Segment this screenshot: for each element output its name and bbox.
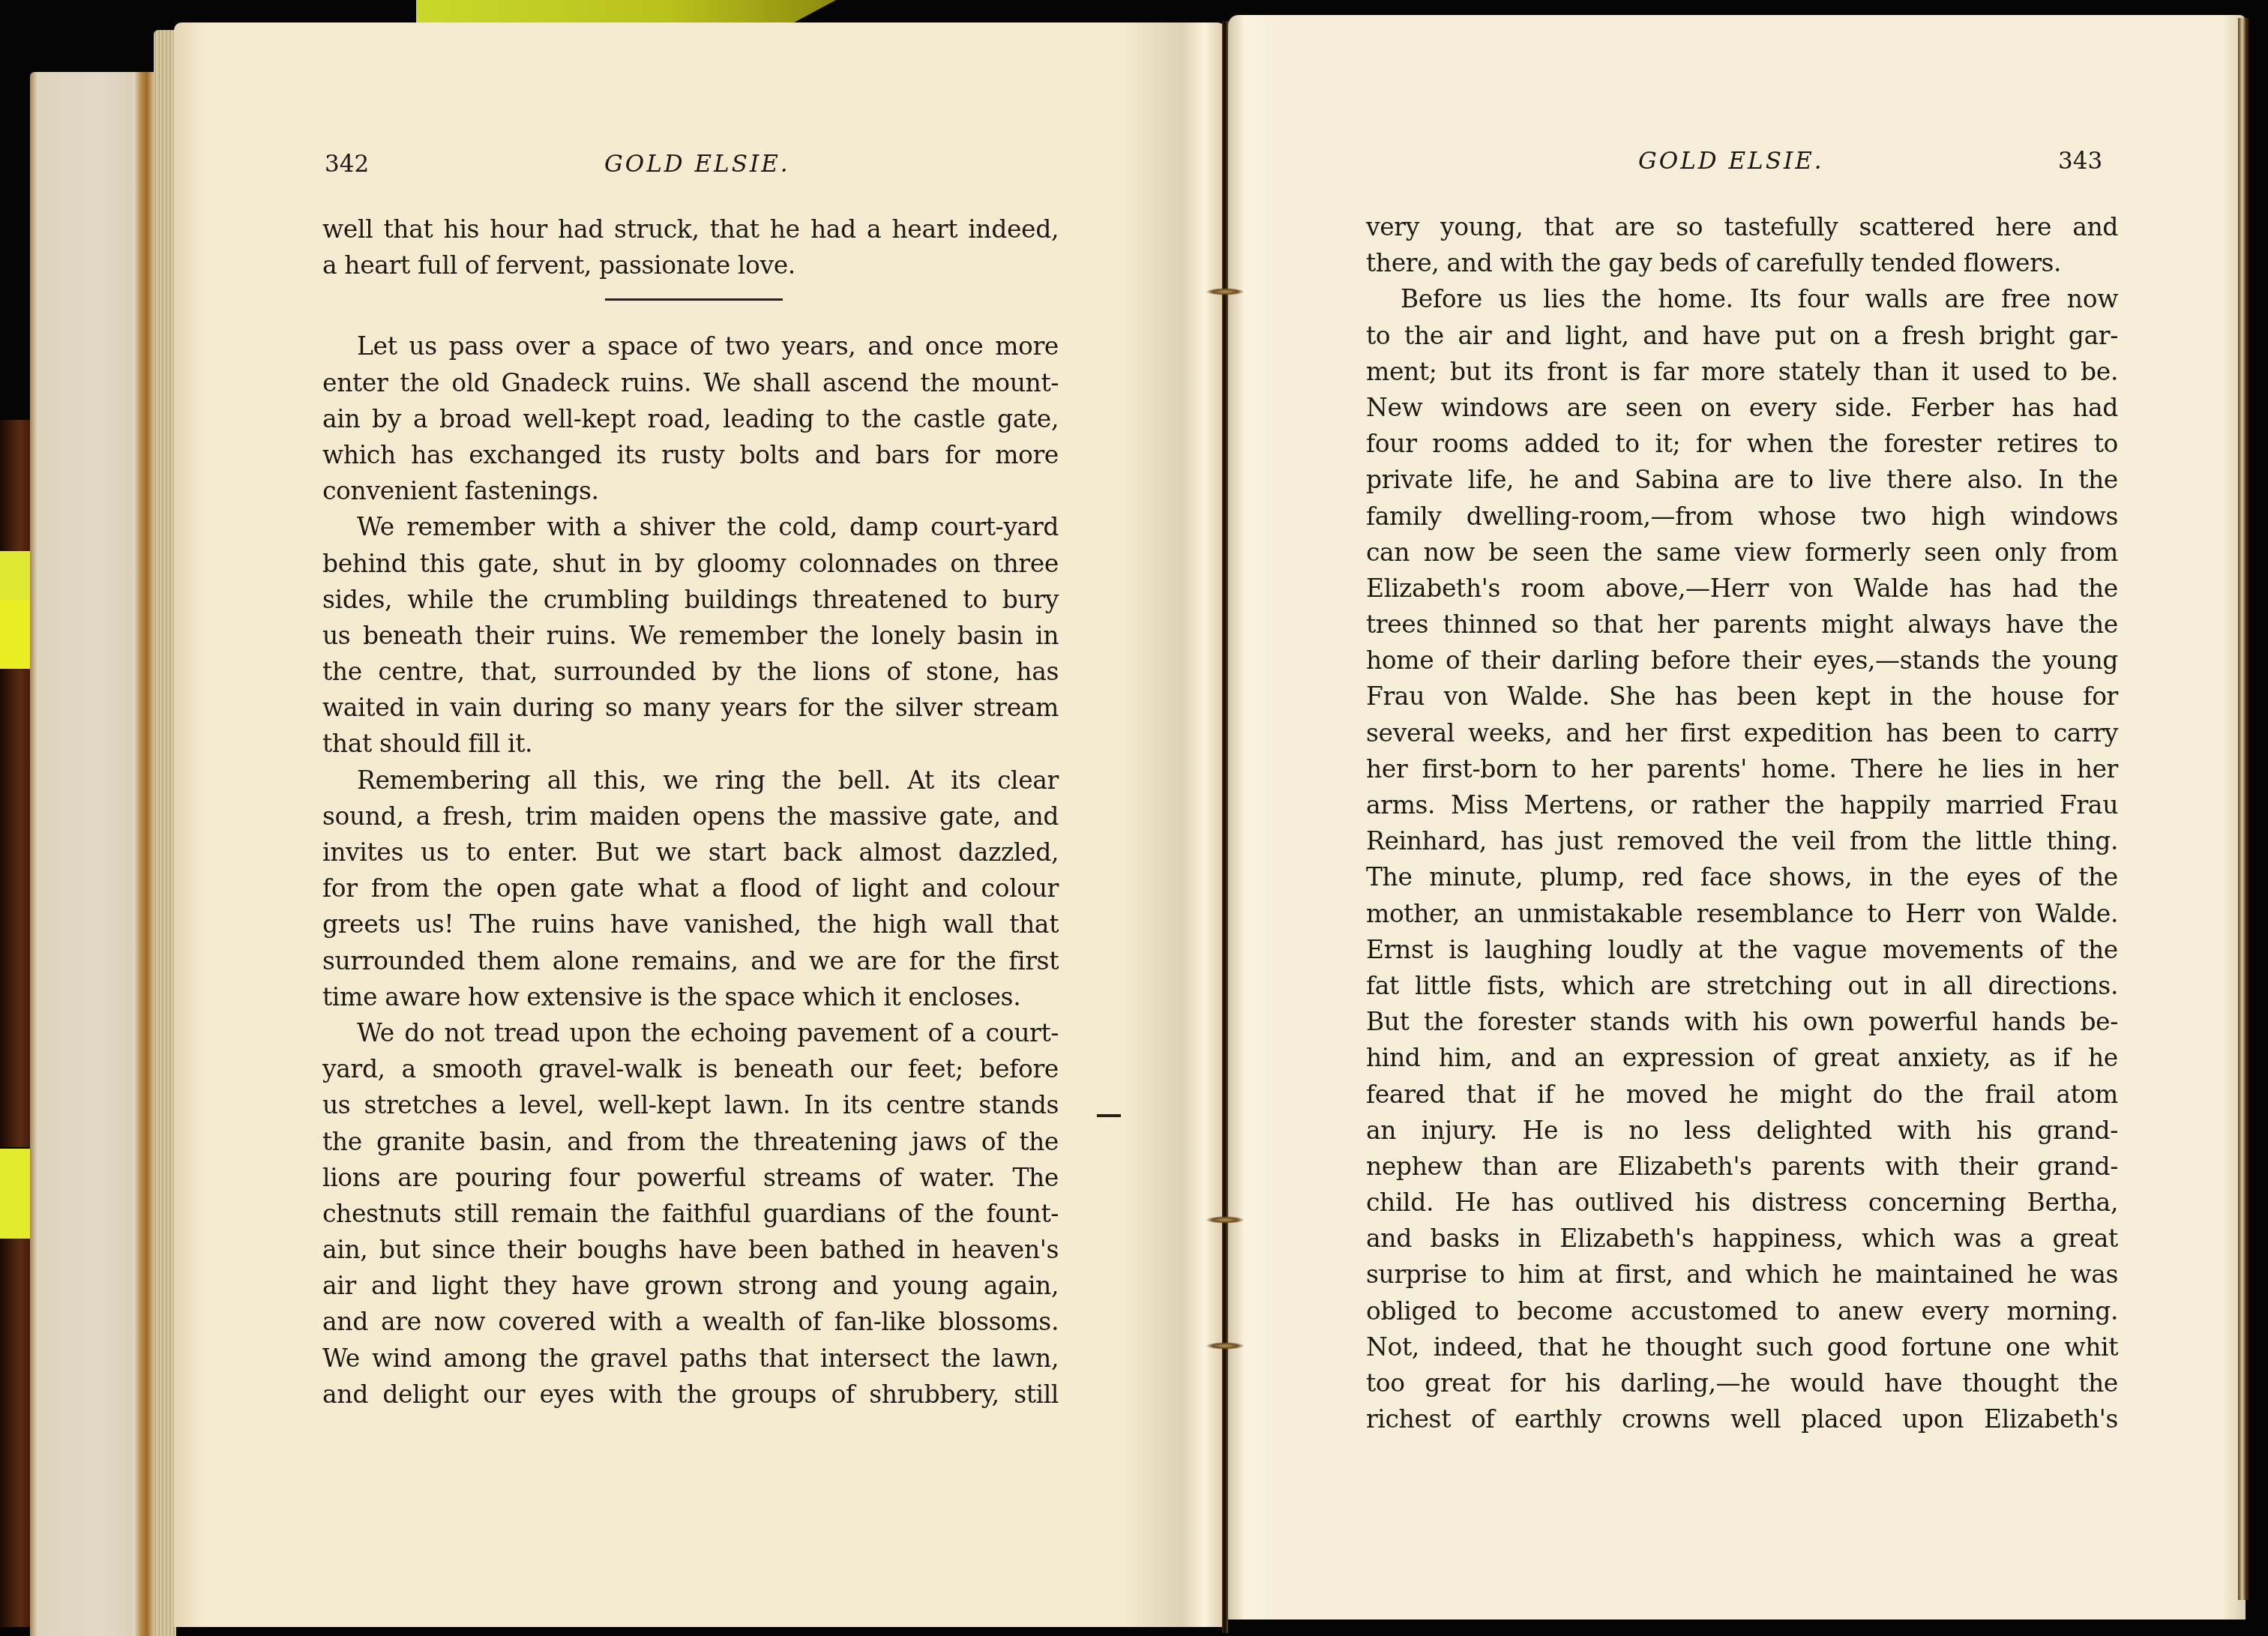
sticky-note-tab	[0, 551, 33, 601]
text-line: New windows are seen on every side. Ferb…	[1366, 390, 2118, 426]
text-line: to the air and light, and have put on a …	[1366, 318, 2118, 354]
text-line: an injury. He is no less delighted with …	[1366, 1113, 2118, 1149]
text-line: Not, indeed, that he thought such good f…	[1366, 1329, 2118, 1365]
page-number-right: 343	[2058, 150, 2102, 173]
text-line: fat little fists, which are stretching o…	[1366, 968, 2118, 1004]
text-line: The minute, plump, red face shows, in th…	[1366, 859, 2118, 895]
text-line: richest of earthly crowns well placed up…	[1366, 1401, 2118, 1437]
text-line: very young, that are so tastefully scatt…	[1366, 209, 2118, 245]
text-line: surrounded them alone remains, and we ar…	[322, 943, 1059, 979]
text-line: invites us to enter. But we start back a…	[322, 834, 1059, 870]
section-break	[322, 283, 1059, 328]
text-line: arms. Miss Mertens, or rather the happil…	[1366, 787, 2118, 823]
sticky-note-tab	[0, 1149, 33, 1239]
text-line: us stretches a level, well-kept lawn. In…	[322, 1087, 1059, 1123]
text-line: Remembering all this, we ring the bell. …	[322, 763, 1059, 799]
margin-mark	[1097, 1114, 1121, 1117]
right-page-edge	[2238, 18, 2249, 1600]
text-line: Elizabeth's room above,—Herr von Walde h…	[1366, 571, 2118, 607]
text-line: and are now covered with a wealth of fan…	[322, 1304, 1059, 1340]
text-line: We remember with a shiver the cold, damp…	[322, 509, 1059, 545]
text-line: Ernst is laughing loudly at the vague mo…	[1366, 932, 2118, 968]
binding-stitch	[1206, 288, 1245, 295]
text-line: nephew than are Elizabeth's parents with…	[1366, 1149, 2118, 1185]
text-line: But the forester stands with his own pow…	[1366, 1004, 2118, 1040]
binding-stitch	[1206, 1342, 1245, 1350]
text-line: sides, while the crumbling buildings thr…	[322, 582, 1059, 618]
text-line: enter the old Gnadeck ruins. We shall as…	[322, 365, 1059, 401]
text-line: yard, a smooth gravel-walk is beneath ou…	[322, 1051, 1059, 1087]
text-line: her first-born to her parents' home. The…	[1366, 751, 2118, 787]
running-head-left: GOLD ELSIE.	[604, 153, 790, 176]
text-line: child. He has outlived his distress conc…	[1366, 1185, 2118, 1221]
text-line: and delight our eyes with the groups of …	[322, 1377, 1059, 1413]
page-stack-edge	[154, 30, 176, 1636]
text-line: ment; but its front is far more stately …	[1366, 354, 2118, 390]
text-line: there, and with the gay beds of carefull…	[1366, 245, 2118, 281]
page-number-left: 342	[325, 153, 369, 176]
text-line: behind this gate, shut in by gloomy colo…	[322, 546, 1059, 582]
text-line: time aware how extensive is the space wh…	[322, 979, 1059, 1015]
text-line: greets us! The ruins have vanished, the …	[322, 906, 1059, 942]
text-line: air and light they have grown strong and…	[322, 1268, 1059, 1304]
text-line: hind him, and an expression of great anx…	[1366, 1040, 2118, 1076]
text-line: lions are pouring four powerful streams …	[322, 1160, 1059, 1196]
text-line: several weeks, and her first expedition …	[1366, 715, 2118, 751]
text-line: Before us lies the home. Its four walls …	[1366, 281, 2118, 317]
text-line: four rooms added to it; for when the for…	[1366, 426, 2118, 462]
text-line: well that his hour had struck, that he h…	[322, 211, 1059, 247]
text-line: a heart full of fervent, passionate love…	[322, 247, 1059, 283]
text-line: Frau von Walde. She has been kept in the…	[1366, 679, 2118, 715]
text-line: for from the open gate what a flood of l…	[322, 870, 1059, 906]
book-edge-shadow	[0, 1237, 33, 1627]
text-line: the granite basin, and from the threaten…	[322, 1124, 1059, 1160]
sticky-note-tab	[0, 600, 33, 669]
text-line: trees thinned so that her parents might …	[1366, 607, 2118, 643]
text-line: We do not tread upon the echoing pavemen…	[322, 1015, 1059, 1051]
right-page-body: very young, that are so tastefully scatt…	[1366, 209, 2118, 1437]
text-line: convenient fastenings.	[322, 473, 1059, 509]
text-line: surprise to him at first, and which he m…	[1366, 1257, 2118, 1293]
text-line: We wind among the gravel paths that inte…	[322, 1341, 1059, 1377]
text-line: waited in vain during so many years for …	[322, 690, 1059, 726]
text-line: which has exchanged its rusty bolts and …	[322, 437, 1059, 473]
text-line: chestnuts still remain the faithful guar…	[322, 1196, 1059, 1232]
text-line: that should fill it.	[322, 726, 1059, 762]
text-line: mother, an unmistakable resemblance to H…	[1366, 896, 2118, 932]
text-line: can now be seen the same view formerly s…	[1366, 535, 2118, 571]
text-line: home of their darling before their eyes,…	[1366, 643, 2118, 679]
flyleaf	[30, 72, 150, 1636]
text-line: the centre, that, surrounded by the lion…	[322, 654, 1059, 690]
spine-gutter	[1222, 21, 1228, 1633]
left-page-body: well that his hour had struck, that he h…	[322, 211, 1059, 1413]
text-line: Reinhard, has just removed the veil from…	[1366, 823, 2118, 859]
binding-stitch	[1206, 1216, 1245, 1224]
running-head-right: GOLD ELSIE.	[1638, 150, 1824, 173]
text-line: private life, he and Sabina are to live …	[1366, 462, 2118, 498]
text-line: feared that if he moved he might do the …	[1366, 1077, 2118, 1113]
text-line: obliged to become accustomed to anew eve…	[1366, 1293, 2118, 1329]
book-edge-shadow	[0, 667, 33, 1147]
text-line: us beneath their ruins. We remember the …	[322, 618, 1059, 654]
text-line: sound, a fresh, trim maiden opens the ma…	[322, 799, 1059, 834]
text-line: family dwelling-room,—from whose two hig…	[1366, 499, 2118, 535]
text-line: ain, but since their boughs have been ba…	[322, 1232, 1059, 1268]
text-line: and basks in Elizabeth's happiness, whic…	[1366, 1221, 2118, 1257]
text-line: ain by a broad well-kept road, leading t…	[322, 401, 1059, 437]
text-line: too great for his darling,—he would have…	[1366, 1365, 2118, 1401]
section-divider-rule	[605, 298, 783, 301]
text-line: Let us pass over a space of two years, a…	[322, 328, 1059, 364]
book-edge-shadow	[0, 420, 33, 555]
